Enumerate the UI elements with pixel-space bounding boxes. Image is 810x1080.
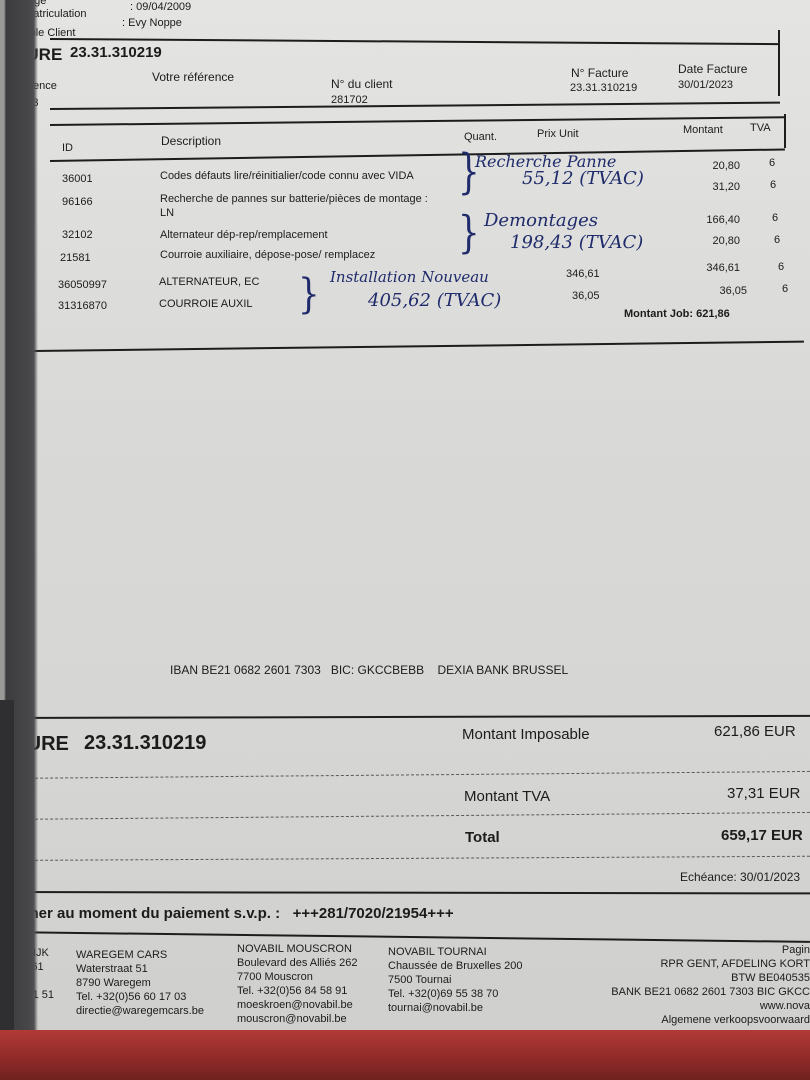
branch-city: 7500 Tournai [388,973,523,987]
branch-phone: Tel. +32(0)56 84 58 91 [237,984,357,998]
bank-line: IBAN BE21 0682 2601 7303 BIC: GKCCBEBB D… [170,663,568,677]
payment-reference: tionner au moment du paiement s.v.p. : +… [2,905,454,922]
job-total: Montant Job: 621,86 [624,308,730,320]
iban: IBAN BE21 0682 2601 7303 [170,663,321,677]
payment-reference-value: +++281/7020/21954+++ [293,905,454,922]
divider [0,931,810,943]
row-id: 32102 [62,229,93,241]
row-description: Courroie auxiliaire, dépose-pose/ rempla… [160,249,375,261]
branch-city: 8790 Waregem [76,976,204,990]
row-amount: 36,05 [695,285,747,297]
handwritten-note-amount: 405,62 (TVAC) [368,290,501,311]
row-id: 36050997 [58,279,107,291]
bic: BIC: GKCCBEBB [331,663,424,677]
branch-name: WAREGEM CARS [76,948,204,962]
client-no-label: N° du client [331,77,393,91]
handwritten-note-amount: 198,43 (TVAC) [510,232,643,253]
branch-waregem: WAREGEM CARS Waterstraat 51 8790 Waregem… [76,948,204,1018]
taxable-amount-value: 621,86 EUR [714,723,796,740]
field-value-client: : Evy Noppe [122,17,182,29]
handwritten-note-title: Installation Nouveau [330,268,489,286]
branch-email[interactable]: mouscron@novabil.be [237,1012,357,1026]
invoice-number-header: 23.31.310219 [70,44,162,61]
invoice-date-value: 30/01/2023 [678,79,733,91]
due-date: Echéance: 30/01/2023 [680,870,800,884]
branch-mouscron: NOVABIL MOUSCRON Boulevard des Alliés 26… [237,942,357,1026]
row-unit-price: 36,05 [572,290,600,302]
branch-email[interactable]: directie@waregemcars.be [76,1004,204,1018]
branch-address: Chaussée de Bruxelles 200 [388,959,523,973]
invoice-no-label: N° Facture [571,66,628,80]
tva-amount-value: 37,31 EUR [727,785,800,802]
row-amount: 166,40 [688,214,740,226]
column-header-unit-price: Prix Unit [537,128,579,140]
table-header-top-border [50,116,785,126]
row-amount: 20,80 [690,235,740,247]
branch-city: 7700 Mouscron [237,970,357,984]
column-header-quantity: Quant. [464,131,497,143]
vat-number: BTW BE040535 [550,971,810,985]
summary-invoice-number: 23.31.310219 [84,732,206,755]
invoice-date-label: Date Facture [678,62,747,76]
divider [778,30,780,96]
branch-name: NOVABIL MOUSCRON [237,942,357,956]
dashed-divider [0,812,810,820]
divider [50,102,780,110]
summary-top-border [0,715,810,719]
row-amount: 31,20 [690,181,740,193]
branch-address: Waterstraat 51 [76,962,204,976]
branch-phone: Tel. +32(0)69 55 38 70 [388,987,523,1001]
dashed-divider [0,771,810,779]
background-surface [0,1030,810,1080]
total-value: 659,17 EUR [721,827,803,844]
row-tva: 6 [770,179,776,191]
handwritten-note-title: Demontages [484,210,598,231]
page-label: Pagin [550,943,810,957]
row-tva: 6 [778,261,784,273]
branch-name: NOVABIL TOURNAI [388,945,523,959]
branch-email[interactable]: tournai@novabil.be [388,1001,523,1015]
divider [784,114,786,148]
terms-conditions: Algemene verkoopsvoorwaard [550,1013,810,1027]
row-description: Codes défauts lire/réinitialier/code con… [160,170,414,182]
row-unit-price: 346,61 [566,268,600,280]
row-id: 31316870 [58,300,107,312]
row-id: 36001 [62,173,93,185]
row-amount: 20,80 [690,160,740,172]
handwritten-note-amount: 55,12 (TVAC) [522,168,644,189]
row-tva: 6 [774,234,780,246]
handwritten-brace: } [458,211,480,255]
branch-email[interactable]: moeskroen@novabil.be [237,998,357,1012]
row-description: Alternateur dép-rep/remplacement [160,229,328,241]
row-amount: 346,61 [688,262,740,274]
table-header-bottom-border [50,148,785,162]
row-description: ALTERNATEUR, EC [159,276,259,288]
branch-tournai: NOVABIL TOURNAI Chaussée de Bruxelles 20… [388,945,523,1015]
row-description: COURROIE AUXIL [159,298,253,310]
page-edge-shadow [0,700,14,1040]
branch-address: Boulevard des Alliés 262 [237,956,357,970]
legal-info: Pagin RPR GENT, AFDELING KORT BTW BE0405… [550,943,810,1027]
field-value-date: : 09/04/2009 [130,1,191,13]
column-header-tva: TVA [750,122,771,134]
row-description: Recherche de pannes sur batterie/pièces … [160,193,428,205]
row-id: 96166 [62,196,93,208]
table-bottom-border [34,341,804,352]
bank-name: DEXIA BANK BRUSSEL [438,663,569,677]
handwritten-brace: } [298,275,320,316]
column-header-id: ID [62,142,73,154]
company-bank: BANK BE21 0682 2601 7303 BIC GKCC [550,985,810,999]
taxable-amount-label: Montant Imposable [462,726,590,743]
column-header-amount: Montant [683,124,723,136]
company-website[interactable]: www.nova [550,999,810,1013]
total-label: Total [465,829,500,846]
tva-amount-label: Montant TVA [464,788,550,805]
row-tva: 6 [769,157,775,169]
client-no-value: 281702 [331,94,368,106]
column-header-description: Description [161,134,221,148]
row-tva: 6 [772,212,778,224]
court-registry: RPR GENT, AFDELING KORT [550,957,810,971]
invoice-no-value: 23.31.310219 [570,82,637,94]
row-description-continued: LN [160,207,174,219]
summary-bottom-border [0,891,810,894]
invoice-page: age : 09/04/2009 nmatriculation sable Cl… [0,0,810,1040]
branch-phone: Tel. +32(0)56 60 17 03 [76,990,204,1004]
dashed-divider [0,856,810,861]
row-tva: 6 [782,283,788,295]
row-id: 21581 [60,252,91,264]
votre-reference-label: Votre référence [152,70,234,84]
